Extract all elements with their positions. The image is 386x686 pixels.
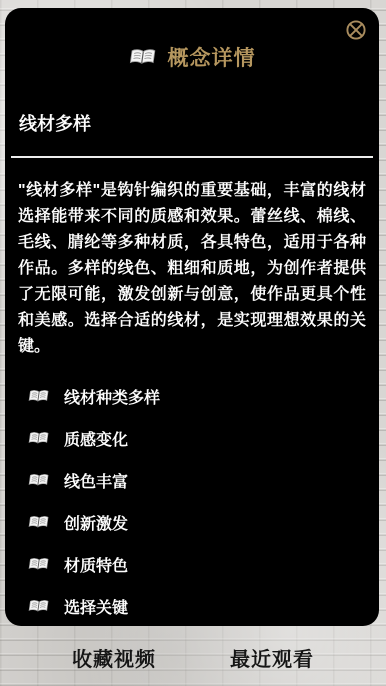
divider [11, 156, 373, 158]
list-item-label: 选择关键 [64, 595, 128, 618]
page-title: 概念详情 [168, 42, 256, 72]
open-book-icon [127, 48, 157, 67]
open-book-icon [27, 389, 50, 404]
list-item: 创新激发 [28, 512, 379, 532]
list-item: 质感变化 [28, 428, 379, 448]
list-item-label: 材质特色 [64, 553, 128, 576]
open-book-icon [27, 515, 50, 530]
favorite-videos-button[interactable]: 收藏视频 [68, 641, 160, 674]
list-item-label: 线材种类多样 [64, 385, 160, 408]
concept-description: "线材多样"是钩针编织的重要基础，丰富的线材选择能带来不同的质感和效果。蕾丝线、… [18, 178, 366, 360]
list-item: 材质特色 [28, 554, 379, 574]
key-points-list: 线材种类多样 质感变化 线色丰富 创新激发 材质特色 选择关键 [5, 386, 379, 616]
list-item: 选择关键 [28, 596, 379, 616]
open-book-icon [27, 557, 50, 572]
footer-nav: 收藏视频 最近观看 [0, 641, 386, 674]
card-header: 概念详情 [5, 8, 379, 72]
list-item: 线材种类多样 [28, 386, 379, 406]
list-item-label: 质感变化 [64, 427, 128, 450]
close-button[interactable] [345, 19, 367, 41]
concept-name: 线材多样 [19, 110, 365, 136]
recently-watched-button[interactable]: 最近观看 [226, 641, 318, 674]
open-book-icon [27, 599, 50, 614]
list-item-label: 线色丰富 [64, 469, 128, 492]
concept-detail-card: 概念详情 线材多样 "线材多样"是钩针编织的重要基础，丰富的线材选择能带来不同的… [5, 8, 379, 626]
open-book-icon [27, 431, 50, 446]
app-screen: 概念详情 线材多样 "线材多样"是钩针编织的重要基础，丰富的线材选择能带来不同的… [0, 0, 386, 686]
list-item-label: 创新激发 [64, 511, 128, 534]
close-icon [345, 19, 367, 41]
open-book-icon [27, 473, 50, 488]
list-item: 线色丰富 [28, 470, 379, 490]
